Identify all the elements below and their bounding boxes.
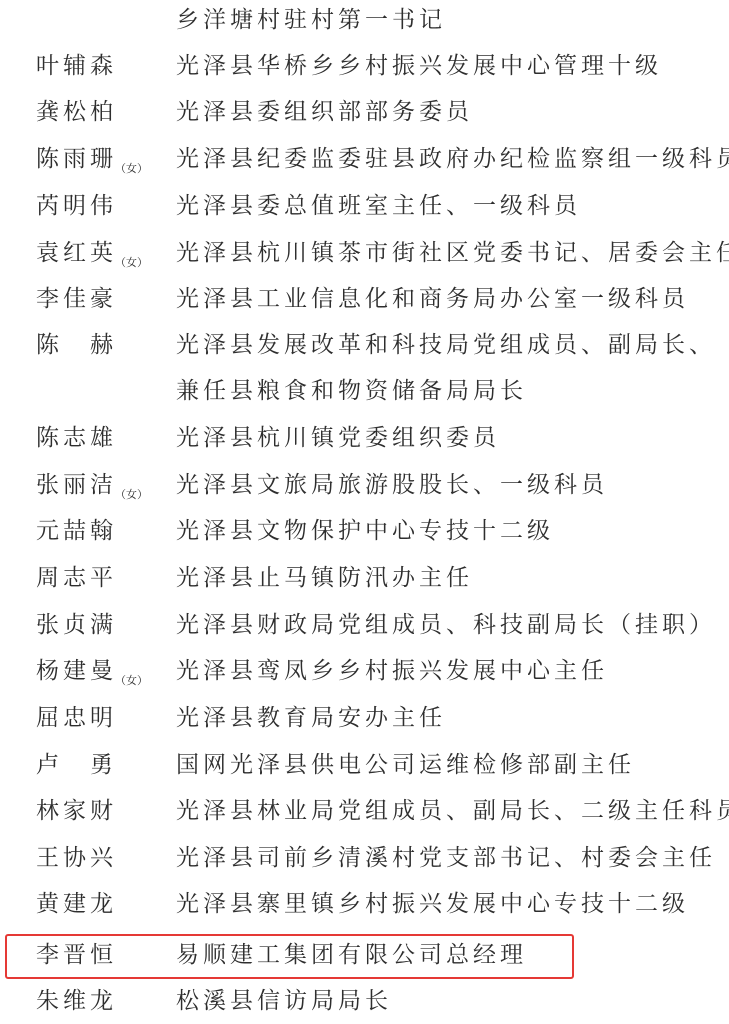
entry-title: 国网光泽县供电公司运维检修部副主任: [176, 742, 635, 788]
list-item-highlighted: 李晋恒 易顺建工集团有限公司总经理: [0, 932, 729, 978]
entry-title: 光泽县寨里镇乡村振兴发展中心专技十二级: [176, 881, 689, 927]
list-item: 王协兴 光泽县司前乡清溪村党支部书记、村委会主任: [0, 835, 729, 881]
list-item: 袁红英（女） 光泽县杭川镇茶市街社区党委书记、居委会主任: [0, 230, 729, 276]
list-item: 陈雨珊（女） 光泽县纪委监委驻县政府办纪检监察组一级科员: [0, 136, 729, 182]
list-item: 周志平 光泽县止马镇防汛办主任: [0, 555, 729, 601]
entry-name-group: 杨建曼（女）: [36, 648, 148, 698]
entry-name: 陈志雄: [36, 415, 117, 461]
entry-name: 陈雨珊: [36, 146, 117, 172]
entry-title: 光泽县文旅局旅游股股长、一级科员: [176, 462, 608, 508]
entry-title: 易顺建工集团有限公司总经理: [176, 932, 527, 978]
list-item: 卢 勇 国网光泽县供电公司运维检修部副主任: [0, 742, 729, 788]
entry-title: 光泽县林业局党组成员、副局长、二级主任科员: [176, 788, 729, 834]
entry-name-group: 袁红英（女）: [36, 230, 148, 280]
list-item: 黄建龙 光泽县寨里镇乡村振兴发展中心专技十二级: [0, 881, 729, 927]
list-item: 陈志雄 光泽县杭川镇党委组织委员: [0, 415, 729, 461]
list-item: 林家财 光泽县林业局党组成员、副局长、二级主任科员: [0, 788, 729, 834]
entry-name: 王协兴: [36, 835, 117, 881]
list-item-continuation: 兼任县粮食和物资储备局局长: [0, 368, 729, 414]
entry-name: 叶辅森: [36, 43, 117, 89]
list-item: 杨建曼（女） 光泽县鸾凤乡乡村振兴发展中心主任: [0, 648, 729, 694]
entry-name: 林家财: [36, 788, 117, 834]
entry-name: 元喆翰: [36, 508, 117, 554]
entry-title: 光泽县鸾凤乡乡村振兴发展中心主任: [176, 648, 608, 694]
list-item: 张贞满 光泽县财政局党组成员、科技副局长（挂职）: [0, 602, 729, 648]
entry-title: 乡洋塘村驻村第一书记: [176, 0, 446, 43]
entry-name: 芮明伟: [36, 183, 117, 229]
entry-title: 光泽县财政局党组成员、科技副局长（挂职）: [176, 602, 716, 648]
entry-title: 光泽县委总值班室主任、一级科员: [176, 183, 581, 229]
entry-name: 袁红英: [36, 240, 117, 266]
list-item: 李佳豪 光泽县工业信息化和商务局办公室一级科员: [0, 276, 729, 322]
entry-name: 周志平: [36, 555, 117, 601]
entry-name: 屈忠明: [36, 695, 117, 741]
entry-title: 光泽县发展改革和科技局党组成员、副局长、: [176, 322, 716, 368]
female-marker: （女）: [115, 162, 148, 175]
entry-name: 李佳豪: [36, 276, 117, 322]
entry-name: 卢 勇: [36, 742, 117, 788]
female-marker: （女）: [115, 488, 148, 501]
entry-title: 光泽县文物保护中心专技十二级: [176, 508, 554, 554]
list-item: 张丽洁（女） 光泽县文旅局旅游股股长、一级科员: [0, 462, 729, 508]
entry-name: 陈 赫: [36, 322, 117, 368]
entry-name: 黄建龙: [36, 881, 117, 927]
list-item: 芮明伟 光泽县委总值班室主任、一级科员: [0, 183, 729, 229]
entry-title: 松溪县信访局局长: [176, 978, 392, 1024]
entry-title: 光泽县司前乡清溪村党支部书记、村委会主任: [176, 835, 716, 881]
entry-name: 张丽洁: [36, 472, 117, 498]
list-item: 龚松柏 光泽县委组织部部务委员: [0, 89, 729, 135]
entry-title: 光泽县工业信息化和商务局办公室一级科员: [176, 276, 689, 322]
entry-title: 光泽县纪委监委驻县政府办纪检监察组一级科员: [176, 136, 729, 182]
entry-title: 光泽县杭川镇党委组织委员: [176, 415, 500, 461]
entry-title-line2: 兼任县粮食和物资储备局局长: [176, 368, 527, 414]
entry-title: 光泽县华桥乡乡村振兴发展中心管理十级: [176, 43, 662, 89]
list-item: 元喆翰 光泽县文物保护中心专技十二级: [0, 508, 729, 554]
entry-name: 龚松柏: [36, 89, 117, 135]
list-item: 陈 赫 光泽县发展改革和科技局党组成员、副局长、: [0, 322, 729, 368]
entry-title: 光泽县教育局安办主任: [176, 695, 446, 741]
entry-name: 李晋恒: [36, 932, 117, 978]
continuation-line: 乡洋塘村驻村第一书记: [0, 0, 729, 43]
list-item: 叶辅森 光泽县华桥乡乡村振兴发展中心管理十级: [0, 43, 729, 89]
entry-name-group: 张丽洁（女）: [36, 462, 148, 512]
entry-name: 张贞满: [36, 602, 117, 648]
entry-title: 光泽县杭川镇茶市街社区党委书记、居委会主任: [176, 230, 729, 276]
female-marker: （女）: [115, 256, 148, 269]
entry-name: 杨建曼: [36, 658, 117, 684]
entry-name-group: 陈雨珊（女）: [36, 136, 148, 186]
entry-title: 光泽县委组织部部务委员: [176, 89, 473, 135]
female-marker: （女）: [115, 674, 148, 687]
entry-title: 光泽县止马镇防汛办主任: [176, 555, 473, 601]
list-item: 朱维龙 松溪县信访局局长: [0, 978, 729, 1024]
list-item: 屈忠明 光泽县教育局安办主任: [0, 695, 729, 741]
entry-name: 朱维龙: [36, 978, 117, 1024]
